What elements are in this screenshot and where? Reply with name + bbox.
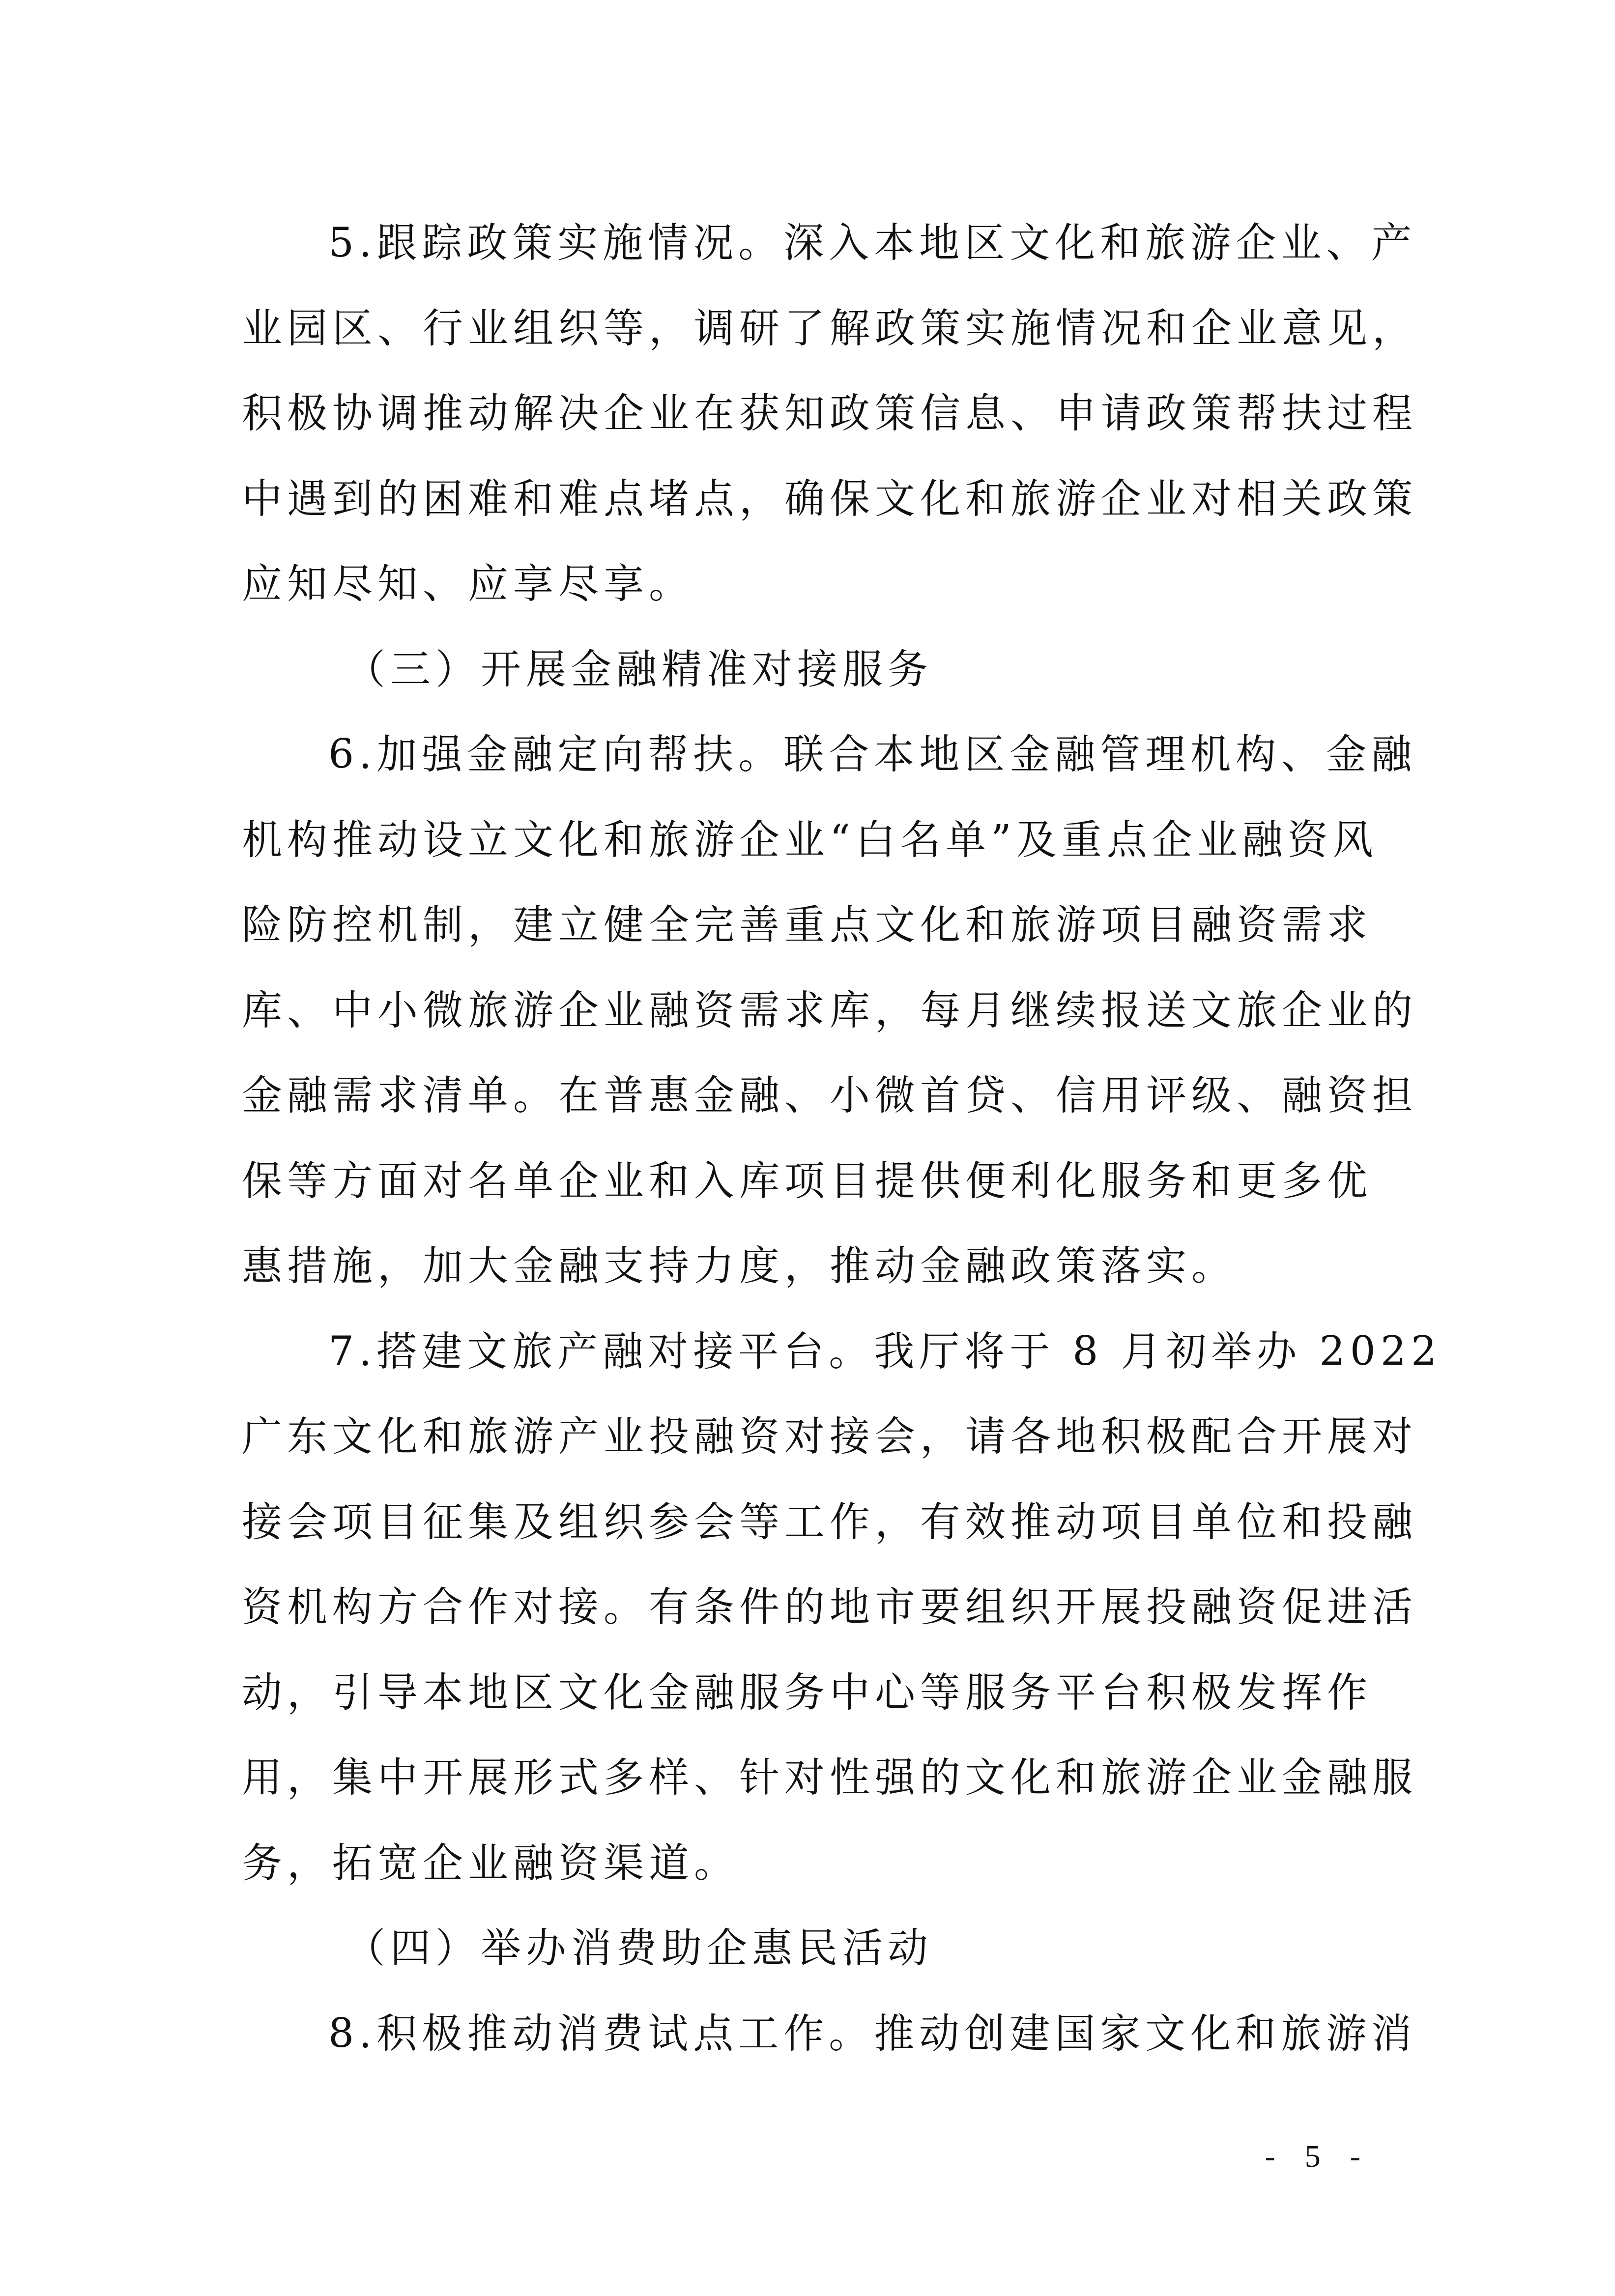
paragraph-7-line-2: 广东文化和旅游产业投融资对接会，请各地积极配合开展对 (242, 1405, 1417, 1469)
paragraph-6-line-4: 库、中小微旅游企业融资需求库，每月继续报送文旅企业的 (242, 979, 1417, 1043)
paragraph-5-line-3: 积极协调推动解决企业在获知政策信息、申请政策帮扶过程 (242, 382, 1417, 446)
section-heading-3: （三）开展金融精准对接服务 (345, 638, 933, 702)
paragraph-6-line-5: 金融需求清单。在普惠金融、小微首贷、信用评级、融资担 (242, 1064, 1417, 1128)
paragraph-5-line-4: 中遇到的困难和难点堵点，确保文化和旅游企业对相关政策 (242, 467, 1417, 531)
section-heading-4: （四）举办消费助企惠民活动 (345, 1917, 933, 1980)
paragraph-6-line-1: 6.加强金融定向帮扶。联合本地区金融管理机构、金融 (328, 723, 1416, 787)
page-number: - 5 - (1265, 2138, 1371, 2175)
paragraph-6-line-3: 险防控机制，建立健全完善重点文化和旅游项目融资需求 (242, 893, 1372, 957)
paragraph-6-line-7: 惠措施，加大金融支持力度，推动金融政策落实。 (242, 1234, 1237, 1298)
paragraph-5-line-5: 应知尽知、应享尽享。 (242, 552, 694, 616)
paragraph-7-line-1: 7.搭建文旅产融对接平台。我厅将于 8 月初举办 2022 (328, 1320, 1442, 1384)
document-page: 5.跟踪政策实施情况。深入本地区文化和旅游企业、产 业园区、行业组织等，调研了解… (0, 0, 1615, 2296)
paragraph-5-line-1: 5.跟踪政策实施情况。深入本地区文化和旅游企业、产 (328, 211, 1416, 275)
paragraph-7-line-6: 用，集中开展形式多样、针对性强的文化和旅游企业金融服 (242, 1746, 1417, 1810)
paragraph-5-line-2: 业园区、行业组织等，调研了解政策实施情况和企业意见， (242, 297, 1417, 361)
paragraph-7-line-4: 资机构方合作对接。有条件的地市要组织开展投融资促进活 (242, 1576, 1417, 1639)
paragraph-6-line-2: 机构推动设立文化和旅游企业“白名单”及重点企业融资风 (242, 808, 1378, 872)
paragraph-6-line-6: 保等方面对名单企业和入库项目提供便利化服务和更多优 (242, 1149, 1372, 1213)
paragraph-7-line-3: 接会项目征集及组织参会等工作，有效推动项目单位和投融 (242, 1491, 1417, 1554)
paragraph-7-line-5: 动，引导本地区文化金融服务中心等服务平台积极发挥作 (242, 1661, 1372, 1725)
paragraph-7-line-7: 务，拓宽企业融资渠道。 (242, 1832, 739, 1895)
paragraph-8-line-1: 8.积极推动消费试点工作。推动创建国家文化和旅游消 (328, 2002, 1416, 2066)
